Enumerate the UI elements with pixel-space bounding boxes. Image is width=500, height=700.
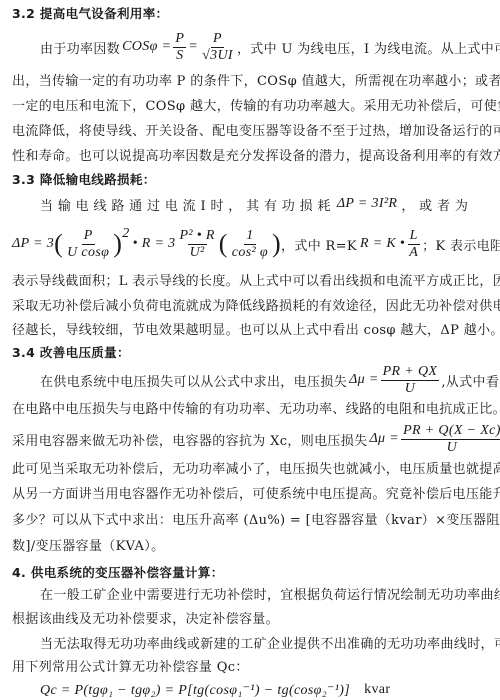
- text: 采用电容器来做无功补偿，电容器的容抗为 Xc，则电压损失: [12, 430, 367, 449]
- text: 在供电系统中电压损失可以从公式中求出，电压损失: [40, 371, 347, 390]
- fraction-p2r-over-u2: P² • R U²: [177, 228, 216, 261]
- fraction-l-over-a: L A: [407, 228, 420, 261]
- paragraph-line: 在电路中电压损失与电路中传输的有功功率、无功功率、线路的电阻和电抗成正比。如: [12, 402, 488, 418]
- fraction-p-over-sqrt3ui: P √3UI: [200, 31, 235, 64]
- paragraph-line: 根据该曲线及无功补偿要求，决定补偿容量。: [12, 612, 488, 628]
- section-heading-3-3: 3.3 降低输电线路损耗：: [12, 172, 488, 188]
- denominator: S: [174, 48, 185, 64]
- paragraph-line: 一定的电压和电流下，COSφ 越大，传输的有功功率越大。采用无功补偿后，可使负荷: [12, 99, 488, 115]
- left-paren: (: [54, 229, 63, 259]
- paragraph-line: 表示导线截面积；L 表示导线的长度。从上式中可以看出线损和电流平方成正比，因此: [12, 274, 488, 290]
- fraction-1-over-cos2: 1 cos² φ: [230, 228, 270, 261]
- unit-kvar: kvar: [364, 682, 390, 698]
- right-paren: ): [272, 229, 281, 259]
- formula-lhs: Δμ =: [349, 372, 379, 388]
- fraction-p-over-ucos: P U cosφ: [65, 228, 111, 261]
- voltage-loss-formula-line: 在供电系统中电压损失可以从公式中求出，电压损失 Δμ = PR + QX U ,…: [40, 362, 500, 398]
- denominator: A: [407, 245, 420, 261]
- exponent: 2: [122, 226, 129, 242]
- left-paren: (: [219, 229, 228, 259]
- text: ,从式中看出，: [441, 371, 500, 390]
- text: ，式中 U 为线电压，I 为线电流。从上式中可以看: [237, 38, 500, 57]
- formula-qc: Qc = P(tgφ₁ − tgφ₂) = P[tg(cosφ₁⁻¹) − tg…: [40, 682, 350, 699]
- formula-lhs: COSφ =: [122, 39, 171, 55]
- formula-mid: • R = 3: [133, 236, 176, 252]
- paragraph-line: 性和寿命。也可以说提高功率因数是充分发挥设备的潜力，提高设备利用率的有效方法。: [12, 149, 488, 165]
- numerator: P: [173, 31, 186, 48]
- paragraph-line: 电流降低，将使导线、开关设备、配电变压器等设备不至于过热，增加设备运行的可靠: [12, 124, 488, 140]
- paragraph-line: 从另一方面讲当用电容器作无功补偿后，可使系统中电压提高。究竟补偿后电压能升高: [12, 487, 488, 503]
- text: ，式中 R=K: [281, 235, 357, 254]
- denominator: U²: [188, 244, 207, 261]
- paragraph-line: 出，当传输一定的有功功率 P 的条件下，COSφ 值越大，所需视在功率越小；或者…: [12, 74, 488, 90]
- paragraph-line: 多少？可以从下式中求出：电压升高率 (Δu%) = [电容器容量（kvar）×变…: [12, 513, 488, 529]
- document-page: 3.2 提高电气设备利用率： 由于功率因数 COSφ = P S = P √3U…: [0, 0, 500, 700]
- numerator: 1: [244, 228, 255, 245]
- paragraph-line: 采取无功补偿后减小负荷电流就成为降低线路损耗的有效途径，因此无功补偿对供电半: [12, 299, 488, 315]
- paragraph-line: 用下列常用公式计算无功补偿容量 Qc：: [12, 660, 488, 676]
- line-loss-formula-line: ΔP = 3 ( P U cosφ ) 2 • R = 3 P² • R U² …: [12, 222, 500, 266]
- section-heading-4: 4. 供电系统的变压器补偿容量计算：: [12, 565, 488, 581]
- text: 当 输 电 线 路 通 过 电 流 I 时 ， 其 有 功 损 耗: [40, 195, 331, 214]
- numerator: PR + QX: [381, 364, 440, 381]
- section-heading-3-4: 3.4 改善电压质量：: [12, 345, 488, 361]
- section-heading-3-2: 3.2 提高电气设备利用率：: [12, 6, 488, 22]
- denominator: U: [403, 381, 417, 397]
- numerator: P² • R: [177, 228, 216, 244]
- fraction-p-over-s: P S: [173, 31, 186, 64]
- formula-r: R = K •: [360, 236, 405, 252]
- text: 由于功率因数: [40, 38, 120, 57]
- numerator: P: [211, 31, 224, 48]
- denominator: U: [445, 440, 459, 456]
- text: ；K 表示电阻系统数：A: [422, 235, 500, 254]
- paragraph-line: 数]/变压器容量（KVA）。: [12, 539, 488, 555]
- voltage-loss-compensated-formula-line: 采用电容器来做无功补偿，电容器的容抗为 Xc，则电压损失 Δμ = PR + Q…: [12, 420, 500, 458]
- formula-delta-p: ΔP = 3I²R: [337, 196, 398, 212]
- line-loss-intro: 当 输 电 线 路 通 过 电 流 I 时 ， 其 有 功 损 耗 ΔP = 3…: [40, 194, 468, 214]
- equals: =: [188, 39, 198, 55]
- numerator: P: [82, 228, 95, 245]
- paragraph-line: 径越长，导线较细，节电效果越明显。也可以从上式中看出 cosφ 越大，ΔP 越小…: [12, 323, 488, 339]
- compensation-capacity-formula: Qc = P(tgφ₁ − tgφ₂) = P[tg(cosφ₁⁻¹) − tg…: [40, 681, 390, 699]
- power-factor-formula-line: 由于功率因数 COSφ = P S = P √3UI ，式中 U 为线电压，I …: [40, 28, 500, 66]
- numerator: L: [408, 228, 420, 245]
- fraction-pr-qxxc-over-u: PR + Q(X − Xc) U: [401, 423, 500, 456]
- formula-lhs: Δμ =: [369, 431, 399, 447]
- right-paren: ): [113, 229, 122, 259]
- paragraph-line: 在一般工矿企业中需要进行无功补偿时，宜根据负荷运行情况绘制无功功率曲线，: [40, 588, 488, 604]
- denominator: √3UI: [200, 48, 235, 64]
- formula-lhs: ΔP = 3: [12, 236, 54, 252]
- denominator: cos² φ: [230, 245, 270, 261]
- fraction-pr-qx-over-u: PR + QX U: [381, 364, 440, 397]
- paragraph-line: 此可见当采取无功补偿后，无功功率减小了，电压损失也就减小，电压质量也就提高了。: [12, 462, 488, 478]
- text: ， 或 者 为: [401, 195, 468, 214]
- paragraph-line: 当无法取得无功功率曲线或新建的工矿企业提供不出准确的无功功率曲线时，可采: [40, 637, 488, 653]
- denominator: U cosφ: [65, 245, 111, 261]
- numerator: PR + Q(X − Xc): [401, 423, 500, 440]
